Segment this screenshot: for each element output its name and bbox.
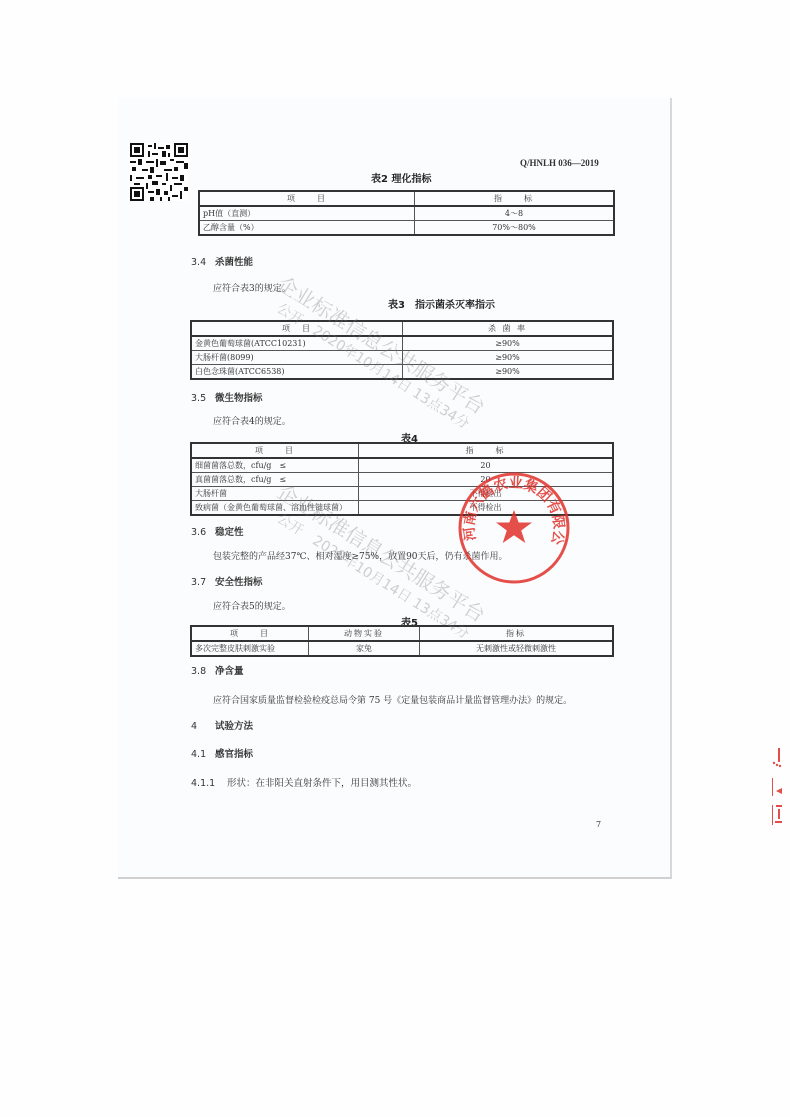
section-3-5-text: 应符合表4的规定。 <box>213 414 291 427</box>
table5: 项 目 动物实验 指标 多次完整皮肤刺激实验 家兔 无刺激性或轻微刺激性 <box>190 625 614 657</box>
table-row: 大肠杆菌(8099)≥90% <box>191 351 613 365</box>
section-4-1-1: 4.1.1形状：在非阳关直射条件下，用目测其性状。 <box>191 775 417 789</box>
table-row: 金黄色葡萄球菌(ATCC10231)≥90% <box>191 336 613 351</box>
table-row: 多次完整皮肤刺激实验 家兔 无刺激性或轻微刺激性 <box>191 641 613 656</box>
table-row: pH值（直测） 4～8 <box>199 206 614 221</box>
document-page: Q/HNLH 036—2019 表2 理化指标 项 目 指 标 pH值（直测） … <box>118 98 672 879</box>
watermark-line2-second: 公开 2020年10月14日 13点34分 <box>273 508 473 643</box>
section-3-4-heading: 3.4杀菌性能 <box>191 254 253 268</box>
section-3-4-text: 应符合表3的规定。 <box>213 281 291 294</box>
section-4-heading: 4试验方法 <box>191 718 253 732</box>
table-row: 乙醇含量（%） 70%～80% <box>199 221 614 236</box>
table3-caption: 表3 指示菌杀灭率指示 <box>388 296 495 311</box>
section-3-6-heading: 3.6稳定性 <box>191 524 244 538</box>
table-row: 白色念珠菌(ATCC6538)≥90% <box>191 365 613 380</box>
qr-code-icon <box>130 143 188 201</box>
standard-code: Q/HNLH 036—2019 <box>520 158 599 168</box>
table2-caption: 表2 理化指标 <box>371 170 431 185</box>
table2-header-value: 指 标 <box>415 191 615 206</box>
edge-seal-fragment-icon <box>766 743 786 853</box>
table3: 项 目 杀 菌 率 金黄色葡萄球菌(ATCC10231)≥90% 大肠杆菌(80… <box>190 320 614 380</box>
section-3-8-text: 应符合国家质量监督检验检疫总局令第 75 号《定量包装商品计量监督管理办法》的规… <box>213 693 572 706</box>
section-3-7-heading: 3.7安全性指标 <box>191 574 263 588</box>
section-3-5-heading: 3.5微生物指标 <box>191 390 263 404</box>
page-number: 7 <box>596 820 601 829</box>
section-3-7-text: 应符合表5的规定。 <box>213 599 291 612</box>
section-3-8-heading: 3.8净含量 <box>191 663 244 677</box>
section-4-1-heading: 4.1感官指标 <box>191 746 253 760</box>
table2: 项 目 指 标 pH值（直测） 4～8 乙醇含量（%） 70%～80% <box>198 190 615 236</box>
table2-header-item: 项 目 <box>199 191 415 206</box>
company-seal-icon: 河南六鹤农业集团有限公司 <box>456 470 572 586</box>
